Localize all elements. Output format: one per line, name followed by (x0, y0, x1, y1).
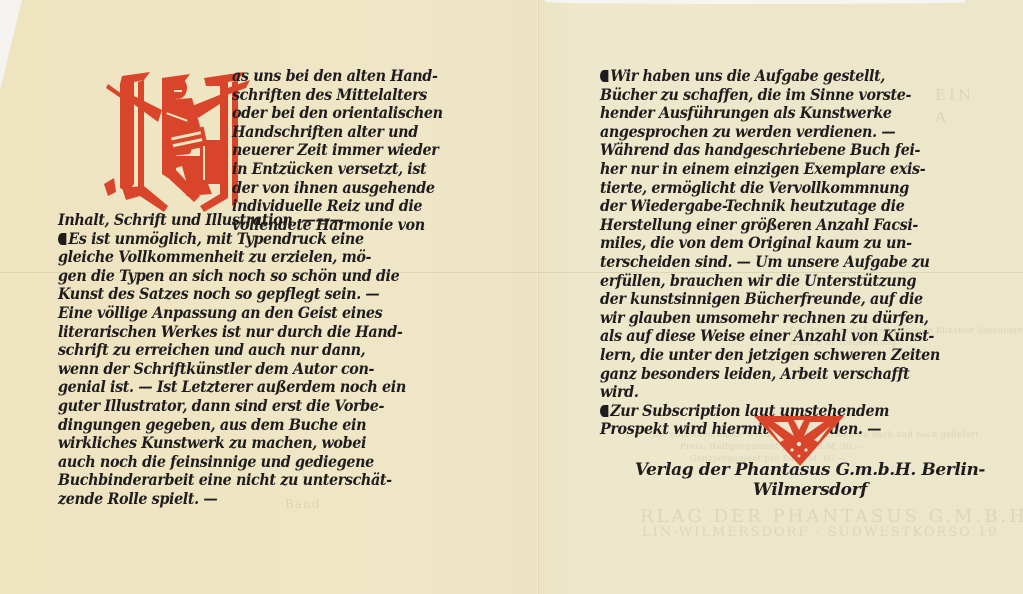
text-line: miles, die von dem Original kaum zu un- (600, 234, 940, 253)
text-line: wenn der Schriftkünstler dem Autor con- (58, 360, 406, 379)
text-line: Während das handgeschriebene Buch fei- (600, 141, 940, 160)
text-line: Es ist unmöglich, mit Typendruck eine (58, 230, 406, 249)
text-line: genial ist. — Ist Letzterer außerdem noc… (58, 378, 406, 397)
open-folded-leaflet: RLAG DER PHANTASUS G.M.B.H. LIN-WILMERSD… (0, 0, 1023, 594)
text-line: in Entzücken versetzt, ist (232, 160, 443, 179)
text-line: ganz besonders leiden, Arbeit verschafft (600, 365, 940, 384)
text-line: Herstellung einer größeren Anzahl Facsi- (600, 216, 940, 235)
left-page-text-beside-initial: as uns bei den alten Hand- schriften des… (232, 67, 443, 234)
imprint-line: Wilmersdorf (630, 480, 990, 500)
text-line: der Wiedergabe-Technik heutzutage die (600, 197, 940, 216)
paragraph-mark-icon (58, 233, 66, 245)
text-line: schrift zu erreichen und auch nur dann, (58, 341, 406, 360)
text-line: angesprochen zu werden verdienen. — (600, 123, 940, 142)
right-page-body-text: Wir haben uns die Aufgabe gestellt, Büch… (600, 67, 940, 439)
background-corner (0, 0, 22, 90)
text-line: gleiche Vollkommenheit zu erzielen, mö- (58, 248, 406, 267)
text-line: erfüllen, brauchen wir die Unterstützung (600, 272, 940, 291)
text-line: terscheiden sind. — Um unsere Aufgabe zu (600, 253, 940, 272)
text-line: als auf diese Weise einer Anzahl von Kün… (600, 327, 940, 346)
text-line: guter Illustrator, dann sind erst die Vo… (58, 397, 406, 416)
text-line: as uns bei den alten Hand- (232, 67, 443, 86)
text-line: wirkliches Kunstwerk zu machen, wobei (58, 434, 406, 453)
text-line: Kunst des Satzes noch so gepflegt sein. … (58, 285, 406, 304)
vertical-fold-crease (537, 0, 539, 594)
imprint-line: Verlag der Phantasus G.m.b.H. Berlin- (630, 460, 990, 480)
text-line: wird. (600, 383, 940, 402)
text-line: wir glauben umsomehr rechnen zu dürfen, (600, 309, 940, 328)
text-line: der kunstsinnigen Bücherfreunde, auf die (600, 290, 940, 309)
text-line: zende Rolle spielt. — (58, 490, 406, 509)
bleed-through-text: RLAG DER PHANTASUS G.M.B.H. (640, 506, 1023, 527)
text-line: Bücher zu schaffen, die im Sinne vorste- (600, 86, 940, 105)
paragraph-mark-icon (600, 405, 608, 417)
text-line: literarischen Werkes ist nur durch die H… (58, 323, 406, 342)
text-line: Inhalt, Schrift und Illustration. ——— (58, 211, 406, 230)
text-line: dingungen gegeben, aus dem Buche ein (58, 416, 406, 435)
paragraph-mark-icon (600, 70, 608, 82)
text-line: gen die Typen an sich noch so schön und … (58, 267, 406, 286)
text-line: der von ihnen ausgehende (232, 179, 443, 198)
text-line: Handschriften alter und (232, 123, 443, 142)
background-gap (545, 0, 965, 4)
red-triangle-ornament-icon (754, 414, 844, 466)
text-line: lern, die unter den jetzigen schweren Ze… (600, 346, 940, 365)
bleed-through-text: LIN-WILMERSDORF · SÜDWESTKORSO 19 (642, 525, 999, 540)
text-line: Buchbinderarbeit eine nicht zu unterschä… (58, 471, 406, 490)
publisher-imprint: Verlag der Phantasus G.m.b.H. Berlin- Wi… (630, 460, 990, 500)
text-line: schriften des Mittelalters (232, 86, 443, 105)
text-line: auch noch die feinsinnige und gediegene (58, 453, 406, 472)
text-line: her nur in einem einzigen Exemplare exis… (600, 160, 940, 179)
left-page-body-text: Inhalt, Schrift und Illustration. ——— Es… (58, 211, 406, 509)
text-line: tierte, ermöglicht die Vervollkommnung (600, 179, 940, 198)
text-line: oder bei den orientalischen (232, 104, 443, 123)
text-line: neuerer Zeit immer wieder (232, 141, 443, 160)
bleed-through-text: EIN (935, 86, 974, 104)
text-line: Eine völlige Anpassung an den Geist eine… (58, 304, 406, 323)
text-line: hender Ausführungen als Kunstwerke (600, 104, 940, 123)
text-line: Wir haben uns die Aufgabe gestellt, (600, 67, 940, 86)
